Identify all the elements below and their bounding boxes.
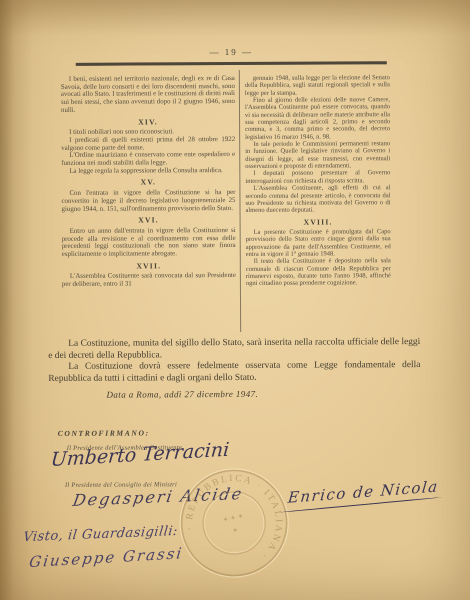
scanned-constitution-page: — 19 — I beni, esistenti nel territorio … xyxy=(0,0,470,600)
section-heading: XIV. xyxy=(61,118,235,127)
paragraph: Entro un anno dall'entrata in vigore del… xyxy=(62,227,236,259)
paragraph: La legge regola la soppressione della Co… xyxy=(61,167,235,176)
paragraph: L'Assemblea Costituente sarà convocata d… xyxy=(62,272,236,288)
closing-block: La Costituzione, munita del sigillo dell… xyxy=(48,337,420,385)
signature-giuseppe-grassi: Giuseppe Grassi xyxy=(28,544,184,571)
paragraph: In tale periodo le Commissioni permanent… xyxy=(245,140,390,170)
closing-paragraph: La Costituzione, munita del sigillo dell… xyxy=(48,337,420,362)
controfirmano-label: CONTROFIRMANO: xyxy=(58,428,150,437)
section-heading: XV. xyxy=(61,178,235,187)
paragraph: I beni, esistenti nel territorio naziona… xyxy=(61,75,235,114)
dateline: Data a Roma, addì 27 dicembre 1947. xyxy=(106,389,258,400)
column-right: gennaio 1948, sulla legge per la elezion… xyxy=(245,74,391,287)
paragraph: I deputati possono presentare al Governo… xyxy=(245,170,390,185)
embossed-state-seal: · REPUBBLICA · ITALIANA · ✦ ✦ ✦ ★ xyxy=(162,450,307,595)
seal-center-mark: ✦ ✦ ✦ xyxy=(222,512,244,524)
page-number: — 19 — xyxy=(76,46,387,58)
signature-enrico-de-nicola: Enrico de Nicola xyxy=(287,477,440,507)
paragraph: I predicati di quelli esistenti prima de… xyxy=(61,136,235,152)
section-heading: XVI. xyxy=(62,216,236,225)
section-heading: XVII. xyxy=(62,262,236,271)
page-content: — 19 — I beni, esistenti nel territorio … xyxy=(0,0,470,600)
paragraph: Con l'entrata in vigore della Costituzio… xyxy=(61,189,235,213)
seal-center-mark: ★ xyxy=(232,526,240,534)
visto-guardasigilli-label: Visto, il Guardasigilli: xyxy=(22,524,178,545)
section-heading: XVIII. xyxy=(246,218,391,226)
paragraph: Fino al giorno delle elezioni delle nuov… xyxy=(245,96,390,141)
paragraph: L'Assemblea Costituente, agli effetti di… xyxy=(245,184,390,214)
closing-paragraph: La Costituzione dovrà essere fedelmente … xyxy=(48,360,420,385)
paragraph: La presente Costituzione è promulgata da… xyxy=(246,228,391,258)
header-rule xyxy=(76,61,387,66)
paragraph: Il testo della Costituzione è depositato… xyxy=(246,257,391,287)
paragraph: gennaio 1948, sulla legge per la elezion… xyxy=(245,74,390,97)
column-left: I beni, esistenti nel territorio naziona… xyxy=(61,75,236,289)
column-divider xyxy=(239,70,241,332)
paragraph: L'Ordine mauriziano è conservato come en… xyxy=(61,151,235,167)
